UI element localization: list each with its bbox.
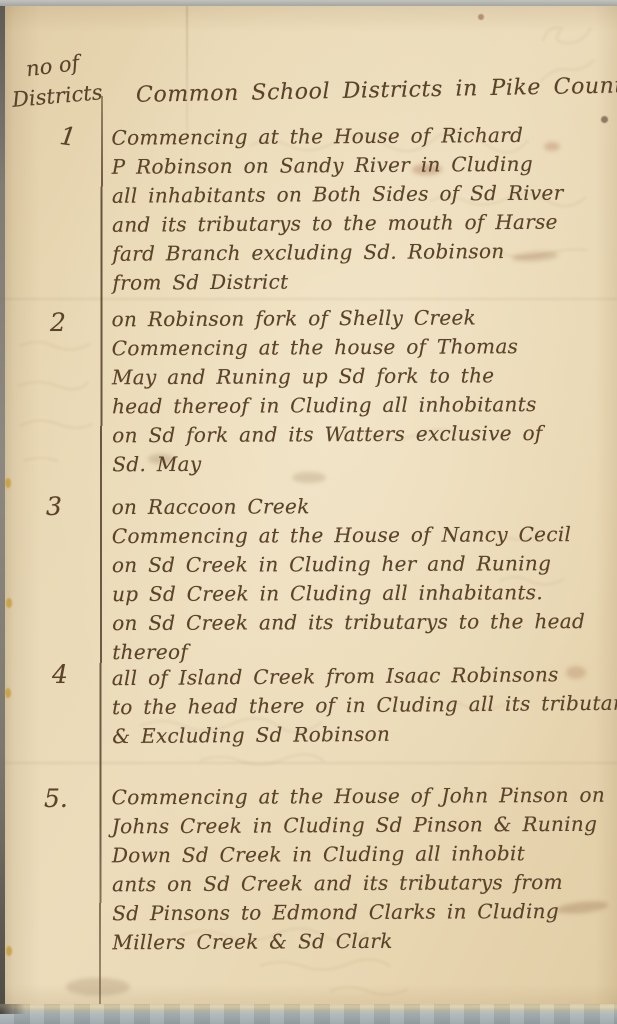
manuscript-line: on Robinson fork of Shelly Creek: [112, 303, 612, 335]
stain-spot: [66, 978, 130, 996]
book-bottom-page-stack: [0, 1002, 617, 1024]
manuscript-photo: no of Districts Common School Districts …: [0, 0, 617, 1024]
stitch-knot: [6, 598, 12, 608]
stain-spot: [478, 14, 484, 20]
district-number: 2: [50, 308, 66, 337]
stitch-knot: [6, 946, 12, 956]
manuscript-line: Down Sd Creek in Cluding all inhobit: [112, 839, 612, 871]
manuscript-line: from Sd District: [112, 265, 612, 297]
manuscript-line: all inhabitants on Both Sides of Sd Rive…: [112, 178, 612, 210]
manuscript-line: Commencing at the House of Richard: [111, 120, 611, 152]
district-number: 5.: [44, 784, 68, 813]
manuscript-line: Sd. May: [112, 448, 612, 480]
manuscript-line: on Sd Creek in Cluding her and Runing: [112, 549, 612, 580]
manuscript-line: fard Branch excluding Sd. Robinson: [112, 236, 612, 268]
manuscript-line: head thereof in Cluding all inhobitants: [112, 390, 612, 422]
binding-edge: [0, 6, 5, 1004]
manuscript-line: and its tributarys to the mouth of Harse: [112, 207, 612, 239]
manuscript-line: Commencing at the House of Nancy Cecil: [112, 520, 612, 551]
stitch-knot: [5, 478, 11, 488]
district-number: 3: [46, 492, 62, 521]
manuscript-page: no of Districts Common School Districts …: [0, 6, 617, 1004]
manuscript-line: to the head there of in Cluding all its …: [112, 689, 612, 722]
manuscript-line: Commencing at the house of Thomas: [112, 332, 612, 364]
district-entry-4: all of Island Creek from Isaac Robinsons…: [112, 660, 613, 751]
manuscript-line: Millers Creek & Sd Clark: [112, 926, 612, 958]
fold-crease: [0, 298, 617, 300]
manuscript-line: May and Runing up Sd fork to the: [112, 361, 612, 393]
district-number: 4: [52, 660, 68, 689]
stitch-knot: [5, 688, 11, 698]
manuscript-line: all of Island Creek from Isaac Robinsons: [112, 660, 612, 693]
manuscript-line: on Raccoon Creek: [112, 491, 612, 522]
manuscript-line: & Excluding Sd Robinson: [112, 718, 612, 751]
manuscript-line: on Sd fork and its Watters exclusive of: [112, 419, 612, 451]
manuscript-line: P Robinson on Sandy River in Cluding: [112, 149, 612, 181]
manuscript-line: ants on Sd Creek and its tributarys from: [112, 868, 612, 900]
district-entry-2: on Robinson fork of Shelly Creek Commenc…: [112, 303, 613, 480]
manuscript-line: Commencing at the House of John Pinson o…: [112, 781, 612, 813]
fold-crease: [0, 762, 617, 764]
manuscript-line: up Sd Creek in Cluding all inhabitants.: [112, 578, 612, 609]
manuscript-line: on Sd Creek and its tributarys to the he…: [112, 607, 612, 638]
district-entry-3: on Raccoon Creek Commencing at the House…: [112, 491, 613, 667]
manuscript-line: Johns Creek in Cluding Sd Pinson & Runin…: [112, 810, 612, 842]
manuscript-line: Sd Pinsons to Edmond Clarks in Cluding: [112, 897, 612, 929]
district-entry-1: Commencing at the House of Richard P Rob…: [111, 120, 612, 297]
district-entry-5: Commencing at the House of John Pinson o…: [112, 781, 613, 958]
